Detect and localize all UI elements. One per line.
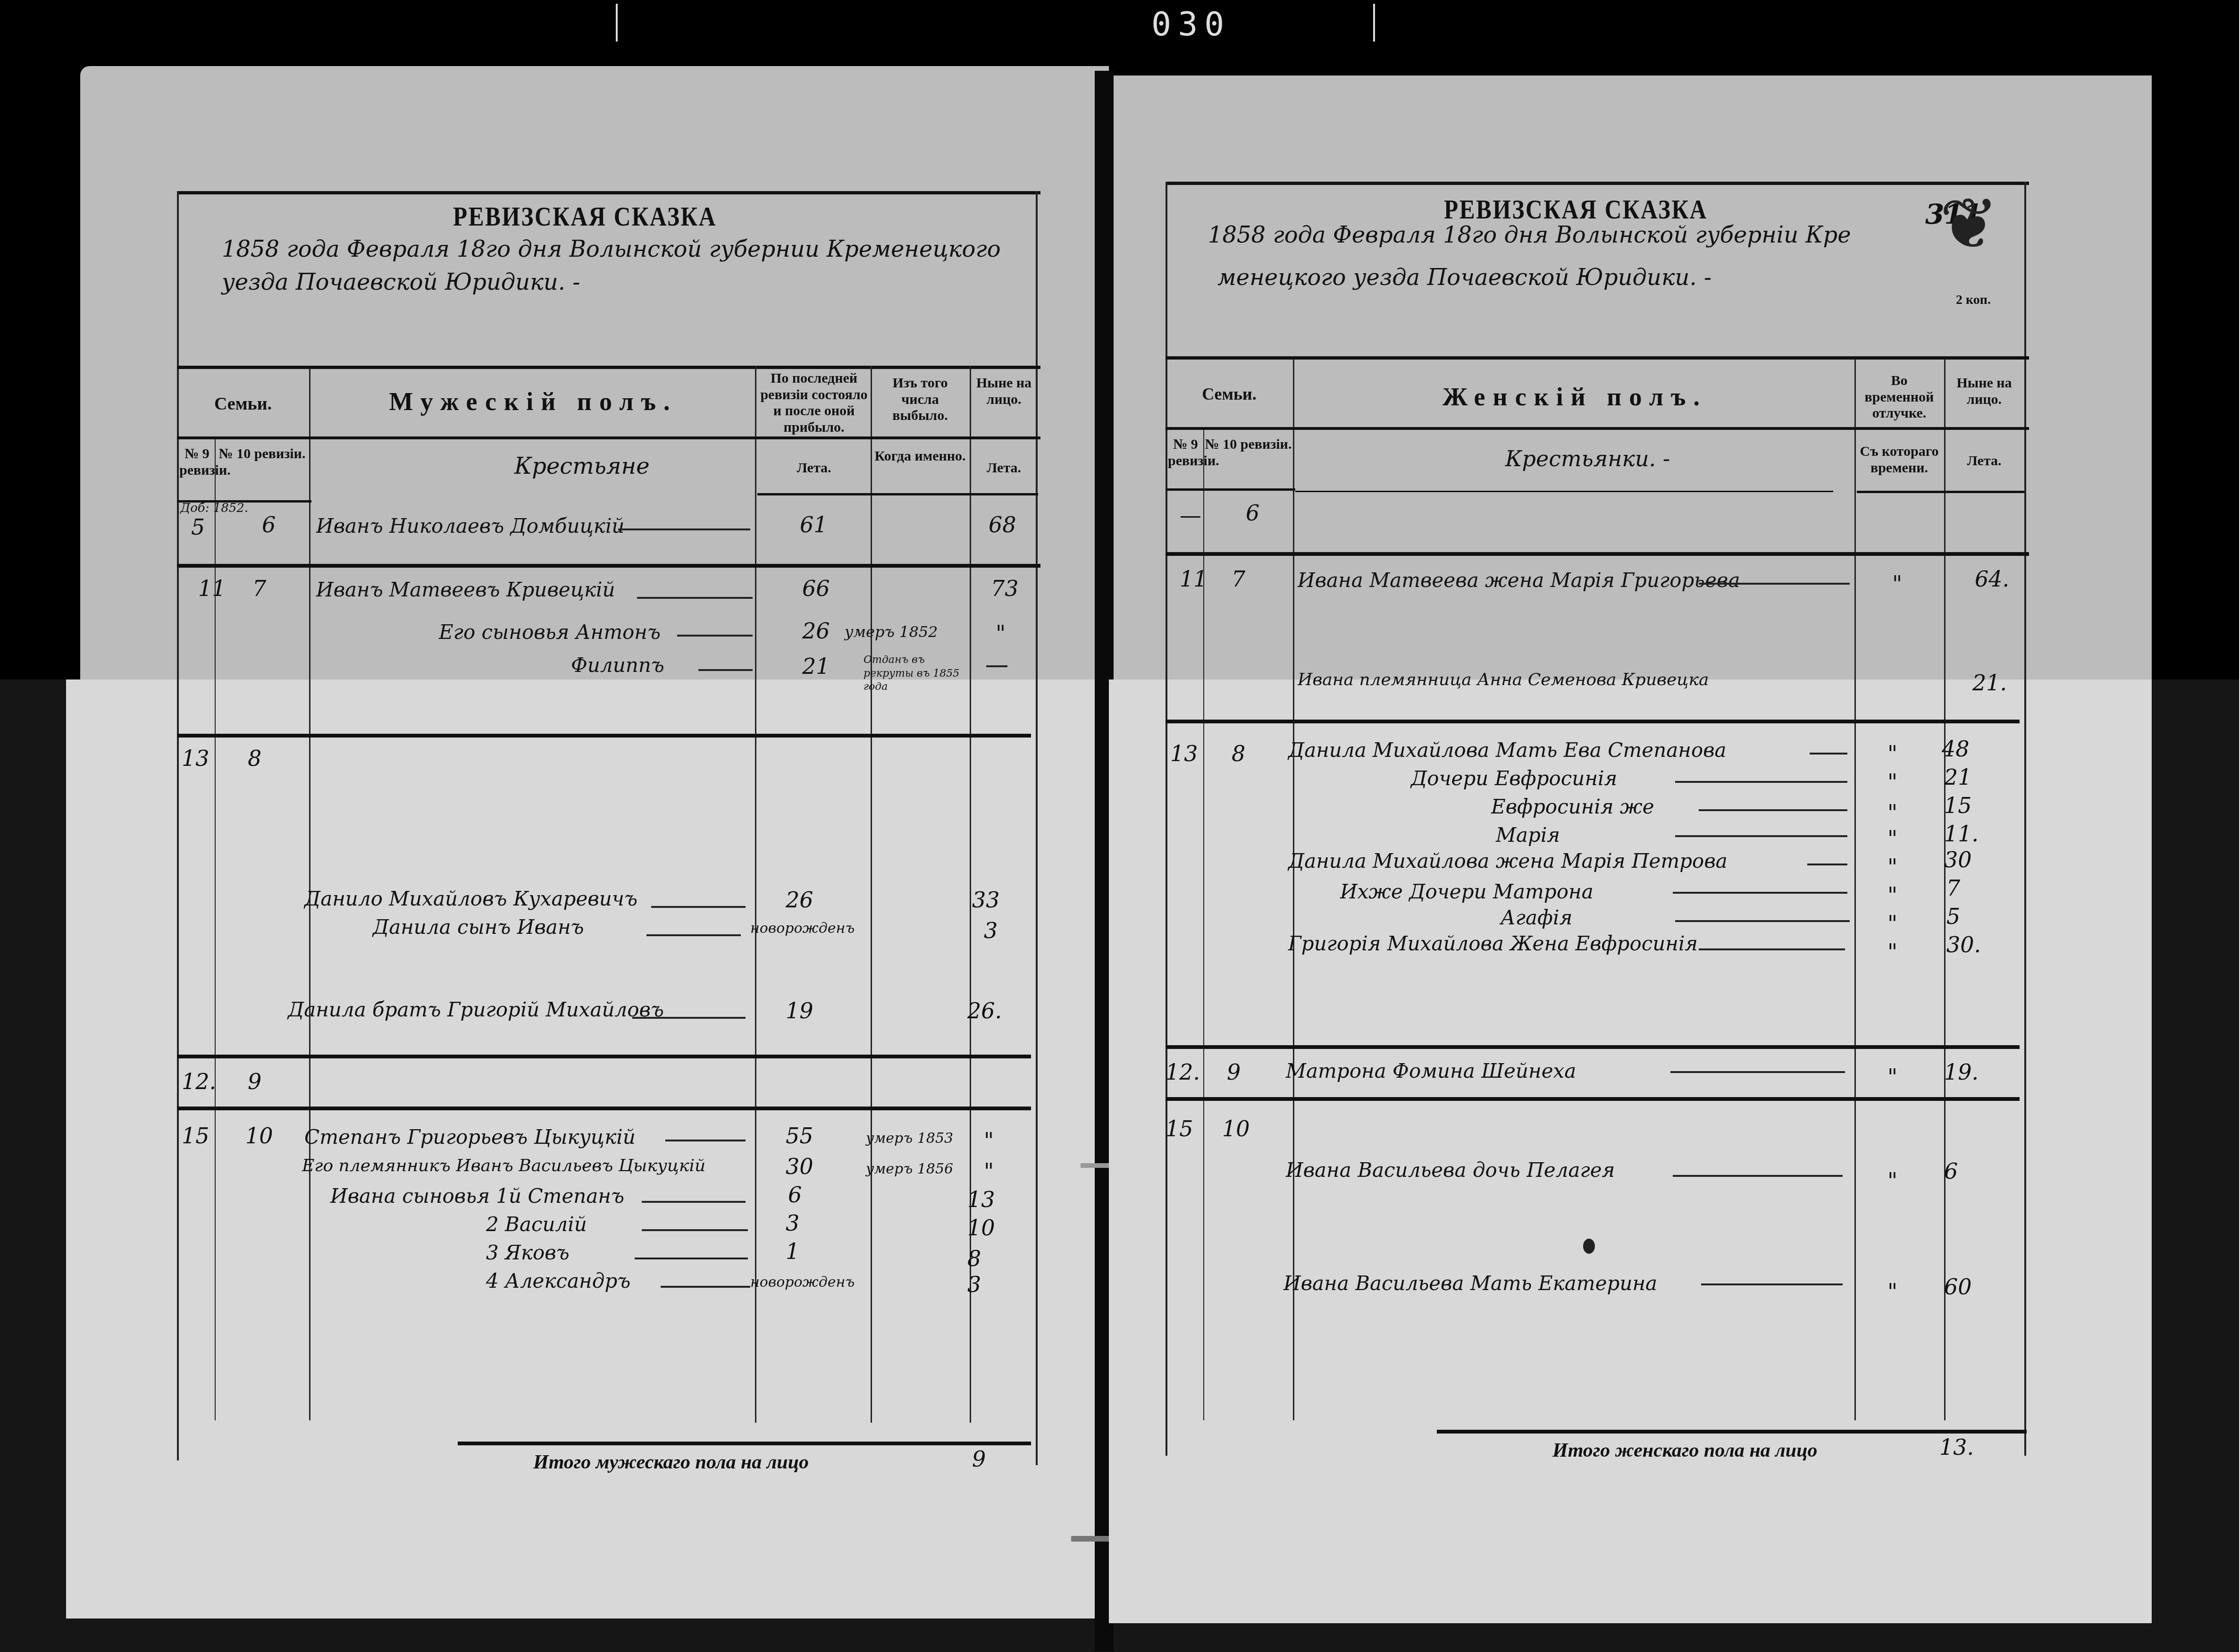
row-age-last: новорожденъ — [750, 1274, 855, 1291]
row-dash — [698, 669, 753, 671]
row-name: Филиппъ — [571, 654, 664, 677]
row-departed: умеръ 1852 — [845, 623, 938, 641]
row-dash — [618, 528, 750, 530]
right-total-value: 13. — [1939, 1434, 1974, 1460]
row-absent: " — [1887, 854, 1897, 880]
row-absent: " — [1887, 1279, 1897, 1304]
right-header-rule — [1166, 356, 2029, 360]
col-rule — [755, 366, 756, 1423]
row-dash — [1675, 835, 1847, 837]
row-dash — [1673, 1175, 1843, 1177]
right-col-present-sub: Лета. — [1946, 453, 2022, 470]
right-header-bottom-rule — [1166, 488, 1295, 491]
row-name: Агафія — [1501, 906, 1572, 929]
row-age-now: 11. — [1944, 821, 1979, 847]
scan-guide-left — [616, 4, 618, 42]
family-separator — [177, 1107, 1031, 1110]
row-age-now: 5 — [1946, 904, 1960, 929]
row-rev10: 6 — [262, 512, 276, 537]
row-absent: " — [1887, 911, 1897, 936]
row-name: Григорія Михайлова Жена Евфросинія — [1288, 932, 1698, 955]
row-absent: " — [1887, 741, 1897, 766]
right-header-bottom-rule — [1295, 491, 1833, 492]
right-col-rev10: № 10 ревизіи. — [1205, 436, 1292, 453]
row-name: Данила Михайлова жена Марія Петрова — [1288, 849, 1727, 872]
right-table-left-rule — [1166, 182, 1167, 1456]
left-col-departed: Изъ того числа выбыло. — [873, 375, 967, 424]
left-col-rev10: № 10 ревизіи. — [216, 446, 308, 462]
row-age-last: 3 — [786, 1210, 799, 1236]
row-name: Степанъ Григорьевъ Цыкуцкій — [304, 1125, 636, 1149]
row-rev9: 5 — [191, 514, 205, 540]
right-table-right-rule — [2024, 182, 2026, 1456]
row-name: 4 Александръ — [486, 1269, 630, 1292]
row-rev9: 12. — [182, 1069, 216, 1094]
row-name: Иванъ Николаевъ Домбицкій — [316, 514, 624, 537]
row-age-now: 33 — [972, 887, 1000, 913]
row-rev9-note: Доб: 1852. — [180, 501, 248, 515]
row-departed: Отданъ въ рекруты въ 1855 года — [864, 654, 963, 694]
left-total-label: Итого мужескаго пола на лицо — [533, 1451, 809, 1474]
row-name: Марія — [1496, 823, 1560, 847]
right-page-title: РЕВИЗСКАЯ СКАЗКА — [1444, 193, 1708, 225]
right-col-present: Ныне на лицо. — [1946, 375, 2022, 408]
left-col-families: Семьи. — [179, 394, 307, 415]
row-absent: " — [1887, 800, 1897, 825]
row-age-last: 26 — [786, 887, 813, 913]
ink-blot — [1583, 1239, 1595, 1254]
row-age-last: 30 — [786, 1154, 813, 1179]
row-name: Данило Михайловъ Кухаревичъ — [304, 887, 637, 910]
scan-marker: 030 — [1151, 5, 1231, 43]
left-table-right-rule — [1036, 191, 1038, 1465]
col-rule — [1944, 359, 1945, 1420]
left-table-top-rule — [177, 191, 1040, 194]
left-page-bottom — [66, 679, 1099, 1618]
row-age-now: 26. — [967, 998, 1002, 1023]
right-col-absent: Во временной отлучке. — [1857, 373, 1942, 422]
left-page-title: РЕВИЗСКАЯ СКАЗКА — [453, 201, 717, 232]
row-age-last: 26 — [802, 618, 830, 644]
right-header-bottom-rule — [1857, 491, 2024, 493]
row-dash — [646, 934, 741, 936]
row-dash — [642, 1229, 748, 1231]
left-col-rev9: № 9 ревизіи. — [179, 446, 215, 478]
right-col-rev9: № 9 ревизіи. — [1168, 436, 1203, 469]
row-age-last: 21 — [802, 654, 830, 679]
row-absent: " — [1887, 1064, 1897, 1090]
row-rev10: 10 — [1222, 1116, 1250, 1141]
row-age-last: 66 — [802, 576, 830, 601]
row-age-now: 3 — [967, 1272, 981, 1297]
left-col-present-sub: Лета. — [972, 460, 1036, 477]
right-heading-line1: 1858 года Февраля 18го дня Волынской губ… — [1208, 222, 1851, 248]
row-name: Ивана сыновья 1й Степанъ — [330, 1184, 624, 1208]
row-age-last: 61 — [800, 512, 828, 537]
row-departed: умеръ 1853 — [866, 1130, 953, 1147]
row-dash — [642, 1201, 746, 1203]
row-name: Ивана Васильева дочь Пелагея — [1286, 1158, 1615, 1182]
row-absent: " — [1892, 571, 1902, 596]
right-heading-line2: менецкого уезда Почаевской Юридики. - — [1217, 264, 1711, 291]
family-separator — [177, 734, 1031, 738]
row-dash — [1673, 892, 1847, 894]
row-age-now: 30. — [1946, 932, 1981, 957]
row-age-now: " — [996, 621, 1006, 646]
row-absent: " — [1887, 882, 1897, 908]
row-age-now: " — [984, 1128, 994, 1153]
row-rev9: 15 — [1166, 1116, 1193, 1141]
family-separator — [1166, 552, 2029, 556]
row-name: Данила сынъ Иванъ — [373, 915, 584, 939]
row-dash — [635, 1258, 748, 1259]
left-estate-label: Крестьяне — [514, 453, 650, 479]
col-rule — [1293, 359, 1294, 1420]
row-dash — [1810, 753, 1847, 755]
left-heading-line1: 1858 года Февраля 18го дня Волынской губ… — [222, 236, 1001, 262]
row-age-last: 6 — [788, 1182, 802, 1208]
row-name: 2 Василій — [486, 1213, 587, 1236]
row-age-now: 6 — [1944, 1158, 1958, 1184]
row-dash — [661, 1286, 750, 1288]
right-subheader-rule — [1166, 427, 2029, 430]
row-name: Ихже Дочери Матрона — [1340, 880, 1593, 903]
row-departed: умеръ 1856 — [866, 1161, 953, 1177]
row-dash — [1807, 864, 1847, 865]
family-separator — [1166, 1045, 2020, 1049]
scan-guide-right — [1373, 4, 1375, 42]
row-name: Матрона Фомина Шейнеха — [1286, 1059, 1576, 1082]
left-col-departed-sub: Когда именно. — [873, 448, 967, 465]
row-age-now: 3 — [984, 918, 998, 943]
row-age-now: 48 — [1942, 736, 1970, 762]
family-separator — [1166, 1097, 2020, 1101]
family-separator — [177, 564, 1040, 568]
right-table-top-rule — [1166, 182, 2029, 185]
right-col-absent-sub: Съ котораго времени. — [1857, 444, 1942, 476]
row-absent: " — [1887, 826, 1897, 851]
col-rule — [1854, 359, 1856, 1420]
left-col-sex: Мужескій полъ. — [311, 387, 755, 416]
row-dash — [1699, 583, 1850, 585]
row-rev9: 12. — [1166, 1059, 1200, 1085]
row-rev10: 9 — [1227, 1059, 1241, 1085]
row-dash — [651, 906, 746, 908]
row-dash — [1675, 920, 1850, 922]
row-age-now: 7 — [1946, 875, 1960, 901]
row-rev9: 15 — [182, 1123, 210, 1149]
row-age-now: 64. — [1975, 566, 2009, 592]
left-subheader-rule — [177, 436, 1040, 439]
row-age-last: 19 — [786, 998, 813, 1023]
left-total-value: 9 — [972, 1446, 986, 1472]
row-age-now: 68 — [989, 512, 1016, 537]
right-col-families: Семьи. — [1168, 385, 1291, 404]
row-rev10: 8 — [248, 746, 261, 771]
row-absent: " — [1887, 1168, 1897, 1193]
row-dash — [1699, 948, 1845, 950]
row-name: Данила братъ Григорій Михайловъ — [288, 998, 664, 1021]
right-total-label: Итого женскаго пола на лицо — [1552, 1439, 1818, 1462]
right-estate-label: Крестьянки. - — [1505, 446, 1670, 471]
row-rev10: 8 — [1232, 741, 1245, 766]
row-rev10: 9 — [248, 1069, 261, 1094]
row-age-now: 19. — [1944, 1059, 1979, 1085]
row-age-now: 15 — [1944, 793, 1972, 818]
row-rev9: 13 — [1170, 741, 1198, 766]
row-age-last: новорожденъ — [750, 920, 855, 937]
row-name: Иванъ Матвеевъ Кривецкій — [316, 578, 615, 601]
row-name: Его племянникъ Иванъ Васильевъ Цыкуцкій — [302, 1156, 705, 1175]
row-age-now: 10 — [967, 1215, 995, 1241]
row-name: Евфросинія же — [1491, 795, 1654, 818]
left-header-bottom-rule — [757, 493, 1038, 495]
row-name: Данила Михайлова Мать Ева Степанова — [1288, 738, 1727, 762]
row-dash — [986, 665, 1007, 667]
row-name: Ивана Васильева Мать Екатерина — [1283, 1272, 1657, 1295]
left-col-present: Ныне на лицо. — [972, 375, 1036, 408]
row-rev10: 7 — [1232, 566, 1245, 592]
row-dash — [637, 597, 753, 599]
row-name: Ивана Матвеева жена Марія Григорьева — [1298, 569, 1740, 592]
row-absent: " — [1887, 769, 1897, 795]
left-header-rule — [177, 366, 1040, 369]
right-total-rule — [1437, 1430, 2027, 1434]
row-name: Дочери Евфросинія — [1411, 767, 1617, 790]
left-heading-line2: уезда Почаевской Юридики. - — [222, 269, 580, 295]
row-dash — [1699, 809, 1847, 811]
row-age-last: 1 — [786, 1239, 799, 1264]
row-age-now: 30 — [1944, 847, 1972, 872]
row-rev10: 6 — [1246, 500, 1259, 526]
right-col-sex: Женскій полъ. — [1295, 382, 1854, 411]
row-age-now: 21. — [1972, 670, 2007, 696]
stamp-value: 2 коп. — [1956, 293, 1991, 308]
row-age-now: 13 — [967, 1187, 995, 1212]
row-name: Ивана племянница Анна Семенова Кривецка — [1298, 670, 1709, 689]
row-age-now: " — [984, 1158, 994, 1184]
row-dash — [665, 1140, 746, 1141]
left-col-last-rev: По последней ревизіи состояло и после он… — [760, 370, 868, 436]
row-absent: " — [1887, 939, 1897, 964]
row-rev10: 7 — [252, 576, 266, 601]
family-separator — [1166, 720, 2020, 723]
family-separator — [177, 1055, 1031, 1058]
row-rev9: — — [1180, 503, 1201, 528]
right-page-bottom — [1109, 679, 2152, 1623]
row-name: 3 Яковъ — [486, 1241, 570, 1264]
row-age-now: 60 — [1944, 1274, 1972, 1300]
left-total-rule — [458, 1442, 1031, 1445]
row-dash — [1670, 1071, 1845, 1073]
row-rev9: 13 — [182, 746, 210, 771]
row-age-now: 8 — [967, 1246, 981, 1271]
row-dash — [1675, 781, 1847, 783]
row-rev9: 11 — [1180, 566, 1208, 592]
imperial-eagle-stamp-icon: ❦ — [1939, 189, 1999, 260]
row-dash — [632, 1017, 746, 1019]
row-rev9: 11 — [198, 576, 226, 601]
row-age-last: 55 — [786, 1123, 813, 1149]
col-rule — [871, 366, 872, 1423]
row-age-now: 73 — [991, 576, 1019, 601]
left-col-last-rev-sub: Лета. — [760, 460, 868, 477]
row-name: Его сыновья Антонъ — [439, 621, 661, 644]
left-table-left-rule — [177, 191, 179, 1460]
row-age-now: 21 — [1944, 764, 1972, 790]
row-rev10: 10 — [245, 1123, 273, 1149]
row-dash — [1701, 1283, 1843, 1285]
row-dash — [677, 635, 753, 637]
